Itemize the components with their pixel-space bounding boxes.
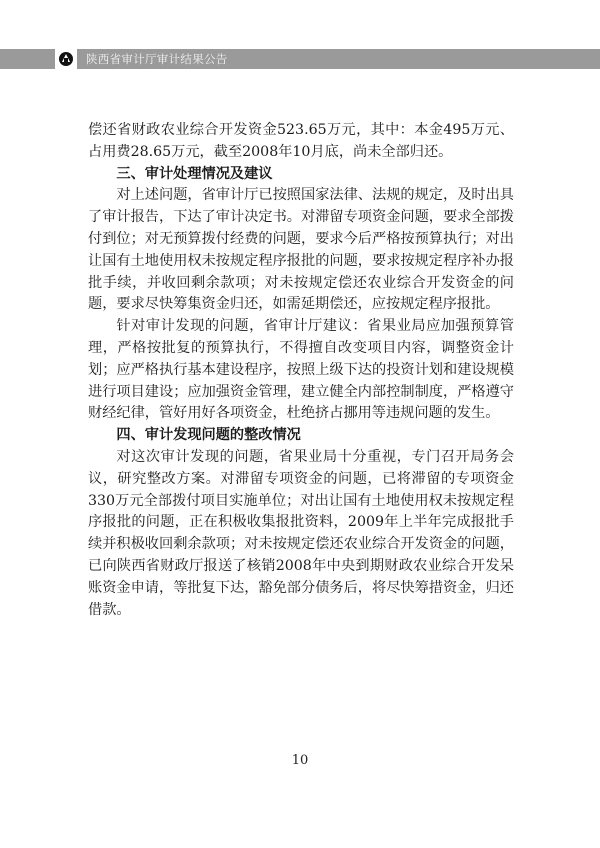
section-heading-3: 三、审计处理情况及建议 (88, 164, 514, 186)
logo (55, 49, 77, 69)
header-title: 陕西省审计厅审计结果公告 (86, 49, 228, 69)
page-number: 10 (0, 753, 600, 768)
paragraph: 针对审计发现的问题，省审计厅建议：省果业局应加强预算管理，严格按批复的预算执行，… (88, 316, 514, 425)
paragraph: 对这次审计发现的问题，省果业局十分重视，专门召开局务会议，研究整改方案。对滞留专… (88, 447, 514, 621)
audit-office-logo-icon (59, 52, 73, 66)
section-heading-4: 四、审计发现问题的整改情况 (88, 425, 514, 447)
document-body: 偿还省财政农业综合开发资金523.65万元，其中：本金495万元、占用费28.6… (88, 120, 514, 621)
paragraph: 对上述问题，省审计厅已按照国家法律、法规的规定，及时出具了审计报告，下达了审计决… (88, 185, 514, 316)
continuation-paragraph: 偿还省财政农业综合开发资金523.65万元，其中：本金495万元、占用费28.6… (88, 120, 514, 164)
